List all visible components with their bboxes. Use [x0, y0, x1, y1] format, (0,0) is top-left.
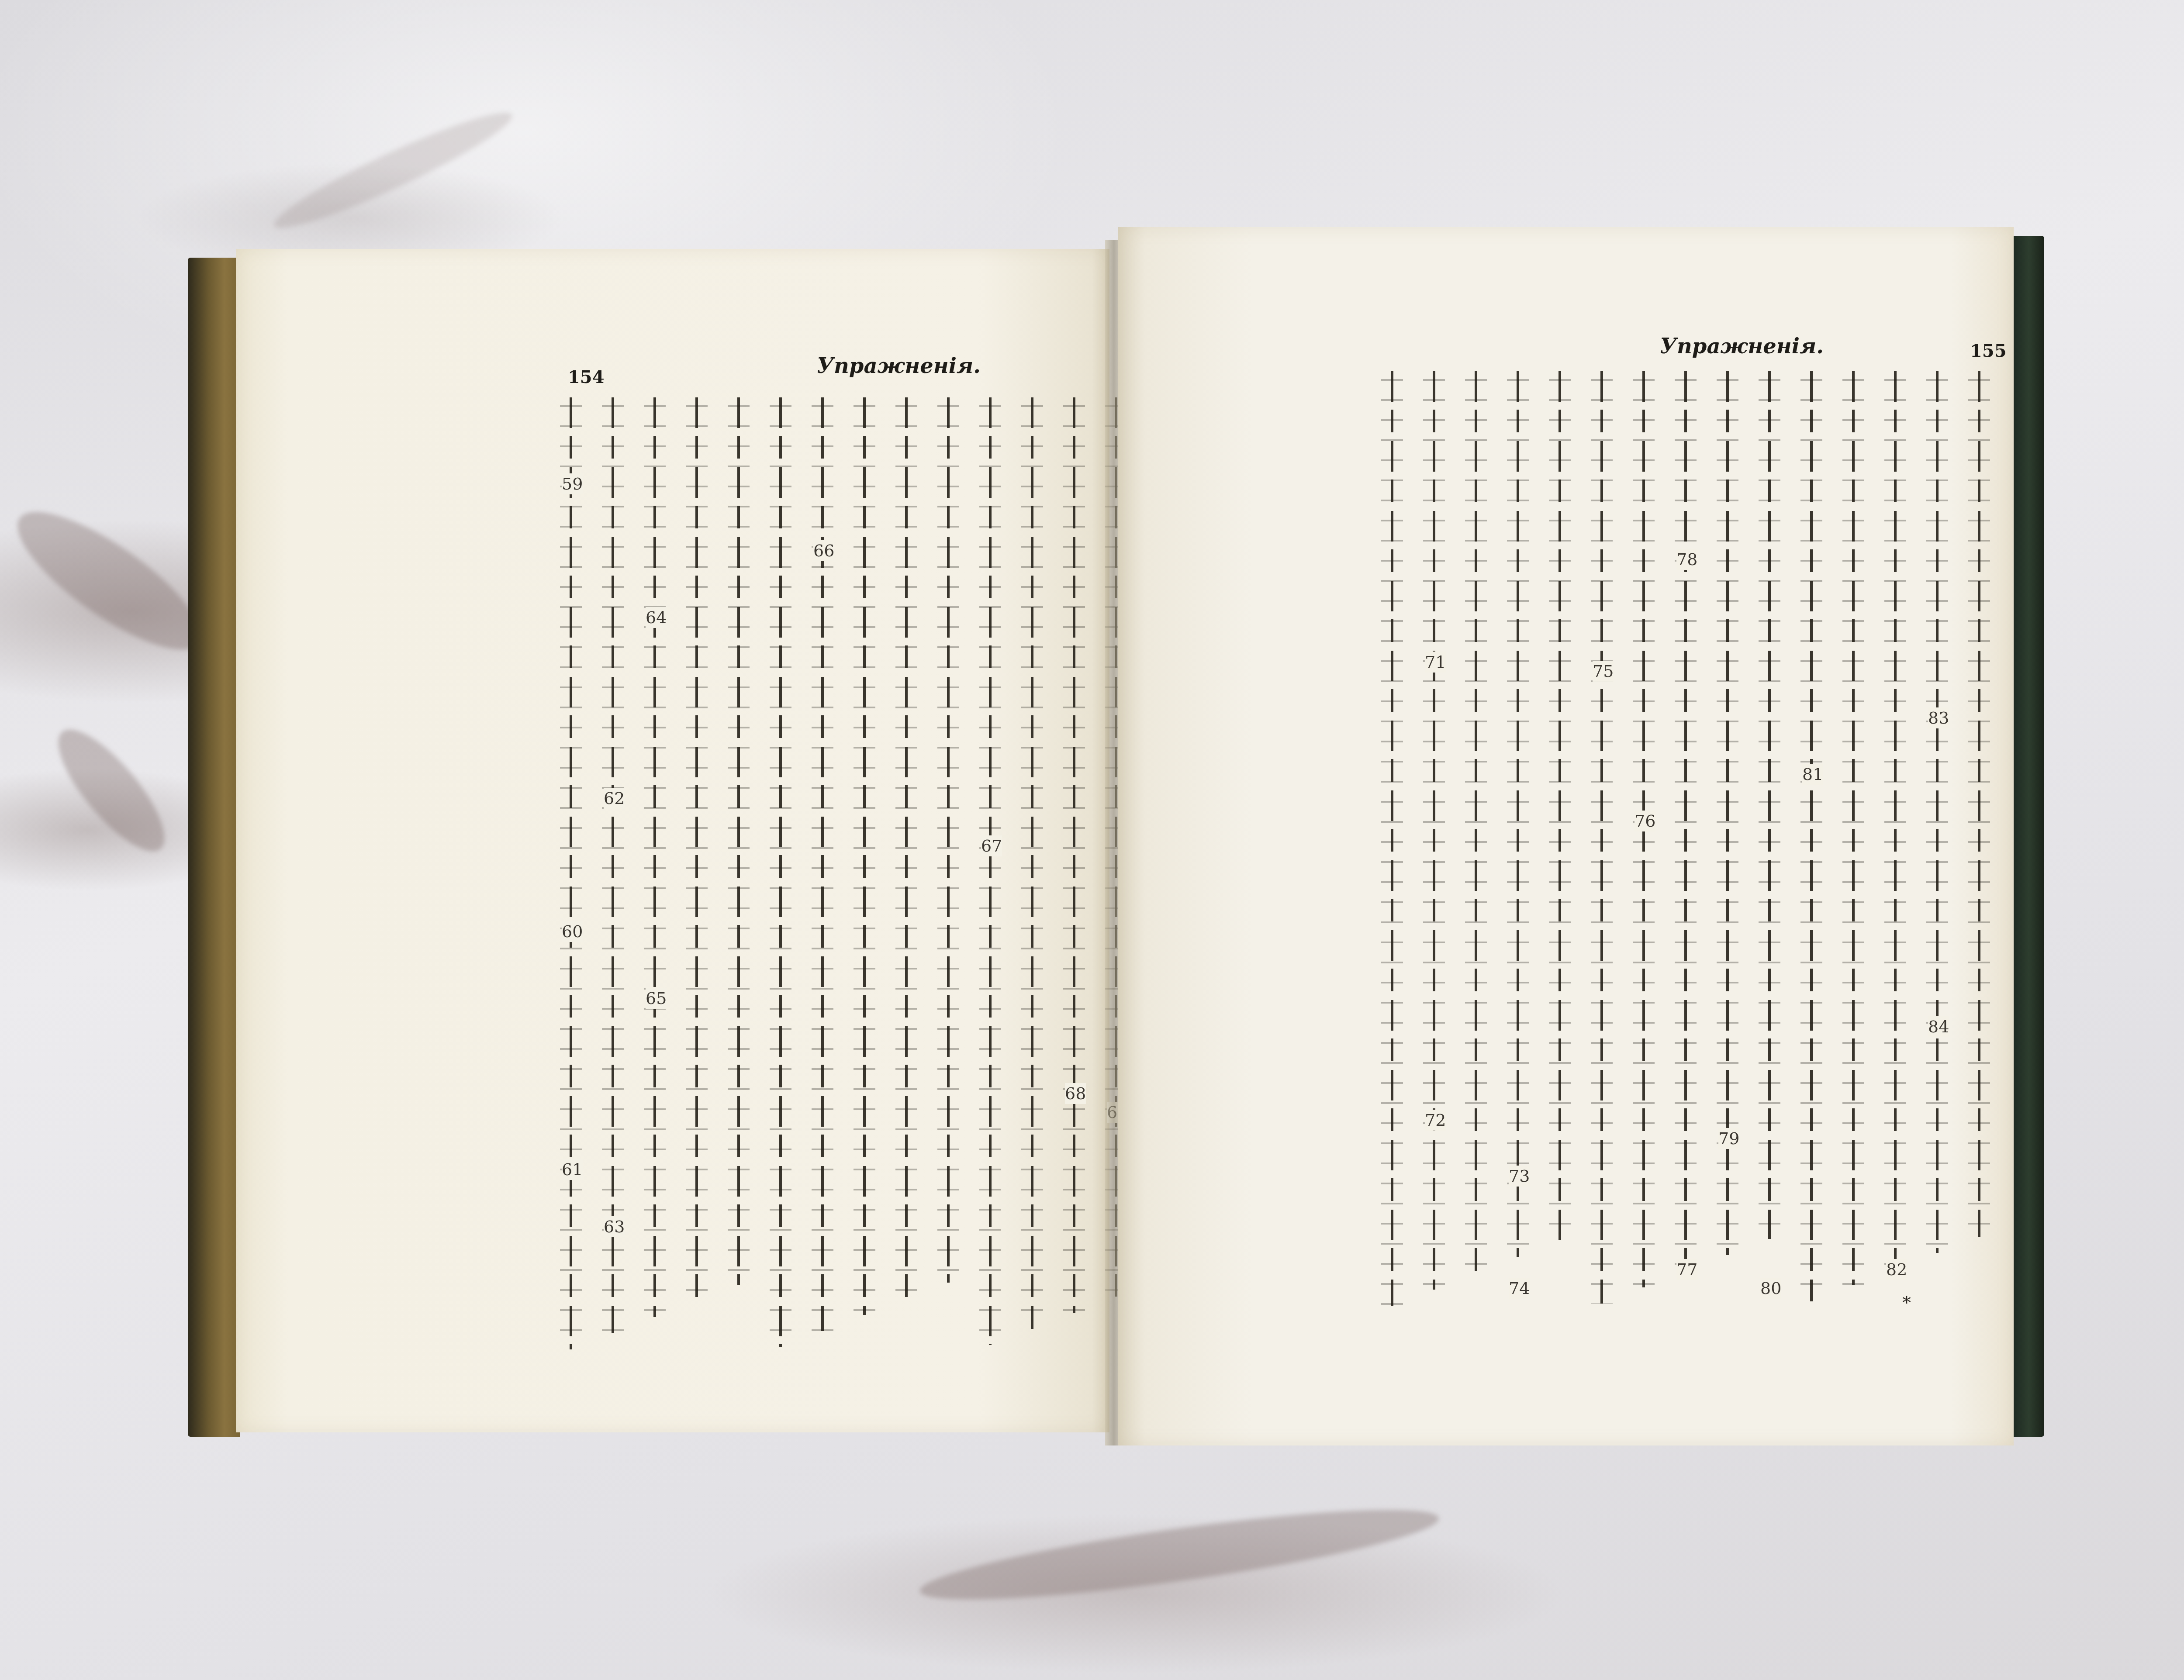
exercise-number: 83: [1928, 707, 1949, 728]
exercise-number: 61: [562, 1159, 583, 1180]
open-book: 154 Упражненія. 596061626364656667686970…: [170, 227, 2057, 1450]
exercise-number: 79: [1718, 1128, 1739, 1149]
text-column: [928, 397, 970, 1349]
exercise-number: 71: [1425, 652, 1446, 673]
script-line: [1475, 371, 1477, 1273]
text-column: 8384: [1917, 371, 1959, 1306]
script-line: [1852, 371, 1855, 1285]
script-line: [1391, 371, 1393, 1306]
text-column: [1012, 397, 1054, 1349]
script-line: [653, 397, 656, 1317]
exercise-number: 81: [1802, 764, 1823, 785]
script-line: [989, 397, 992, 1345]
page-header: Упражненія.: [1660, 334, 1824, 359]
exercise-number: 60: [562, 921, 583, 942]
text-column: [718, 397, 760, 1349]
script-line: [1768, 371, 1771, 1239]
exercise-number: 75: [1593, 661, 1614, 682]
page-number: 154: [568, 367, 605, 387]
mongolian-text-columns: 7172737475767778798081828384: [1372, 371, 2001, 1306]
text-column: 80: [1749, 371, 1791, 1306]
exercise-number: 84: [1928, 1016, 1949, 1037]
script-line: [1600, 371, 1603, 1304]
script-line: [1433, 371, 1435, 1290]
exercise-number: 76: [1635, 811, 1655, 831]
text-column: [1539, 371, 1581, 1306]
footnote-mark: *: [1902, 1293, 1911, 1313]
script-line: [1031, 397, 1033, 1329]
script-line: [821, 397, 824, 1331]
exercise-number: 72: [1425, 1110, 1446, 1131]
text-column: 68: [1054, 397, 1095, 1349]
text-column: 7172: [1413, 371, 1455, 1306]
script-line: [1517, 371, 1519, 1257]
text-column: [760, 397, 802, 1349]
text-column: 6465: [634, 397, 676, 1349]
script-line: [1684, 371, 1687, 1271]
text-column: [1959, 371, 2001, 1306]
script-line: [695, 397, 698, 1301]
text-column: 596061: [550, 397, 592, 1349]
text-column: [1833, 371, 1875, 1306]
exercise-number: 67: [981, 835, 1002, 856]
exercise-number: 78: [1676, 549, 1697, 570]
text-column: 7374: [1497, 371, 1539, 1306]
script-line: [570, 397, 572, 1349]
script-line: [905, 397, 908, 1299]
script-line: [947, 397, 950, 1283]
exercise-number: 68: [1065, 1083, 1086, 1104]
text-column: 6263: [592, 397, 634, 1349]
script-line: [1894, 371, 1897, 1269]
text-column: [844, 397, 886, 1349]
script-line: [1726, 371, 1729, 1255]
text-column: 79: [1707, 371, 1749, 1306]
text-column: [886, 397, 928, 1349]
text-column: 76: [1623, 371, 1665, 1306]
exercise-number: 77: [1676, 1259, 1697, 1280]
exercise-number: 82: [1886, 1259, 1907, 1280]
script-line: [612, 397, 614, 1333]
script-line: [1978, 371, 1980, 1237]
text-column: 7778: [1665, 371, 1707, 1306]
text-column: [1455, 371, 1497, 1306]
exercise-number: 80: [1760, 1278, 1781, 1299]
text-column: 66: [802, 397, 844, 1349]
text-column: 81: [1791, 371, 1833, 1306]
exercise-number: 73: [1509, 1166, 1530, 1187]
script-line: [779, 397, 782, 1347]
script-line: [1073, 397, 1075, 1313]
text-column: 67: [970, 397, 1012, 1349]
script-line: [1810, 371, 1813, 1301]
right-cover-edge: [2014, 236, 2044, 1437]
exercise-number: 64: [646, 607, 667, 628]
exercise-number: 62: [604, 788, 625, 809]
page-number: 155: [1970, 341, 2007, 361]
exercise-number: 63: [604, 1216, 625, 1237]
right-page: Упражненія. 155 717273747576777879808182…: [1118, 227, 2014, 1445]
exercise-number: 59: [562, 473, 583, 494]
exercise-number: 66: [813, 540, 834, 561]
script-line: [737, 397, 740, 1285]
text-column: [676, 397, 718, 1349]
exercise-number: 74: [1509, 1278, 1530, 1299]
left-page: 154 Упражненія. 596061626364656667686970: [236, 249, 1109, 1432]
text-column: [1372, 371, 1413, 1306]
left-cover-edge: [188, 258, 240, 1437]
mongolian-text-columns: 596061626364656667686970: [550, 397, 1179, 1349]
exercise-number: 65: [646, 988, 667, 1009]
text-column: 75: [1581, 371, 1623, 1306]
page-header: Упражненія.: [817, 354, 981, 378]
text-column: 82: [1875, 371, 1917, 1306]
script-line: [863, 397, 866, 1315]
script-line: [1559, 371, 1561, 1241]
script-line: [1936, 371, 1939, 1253]
